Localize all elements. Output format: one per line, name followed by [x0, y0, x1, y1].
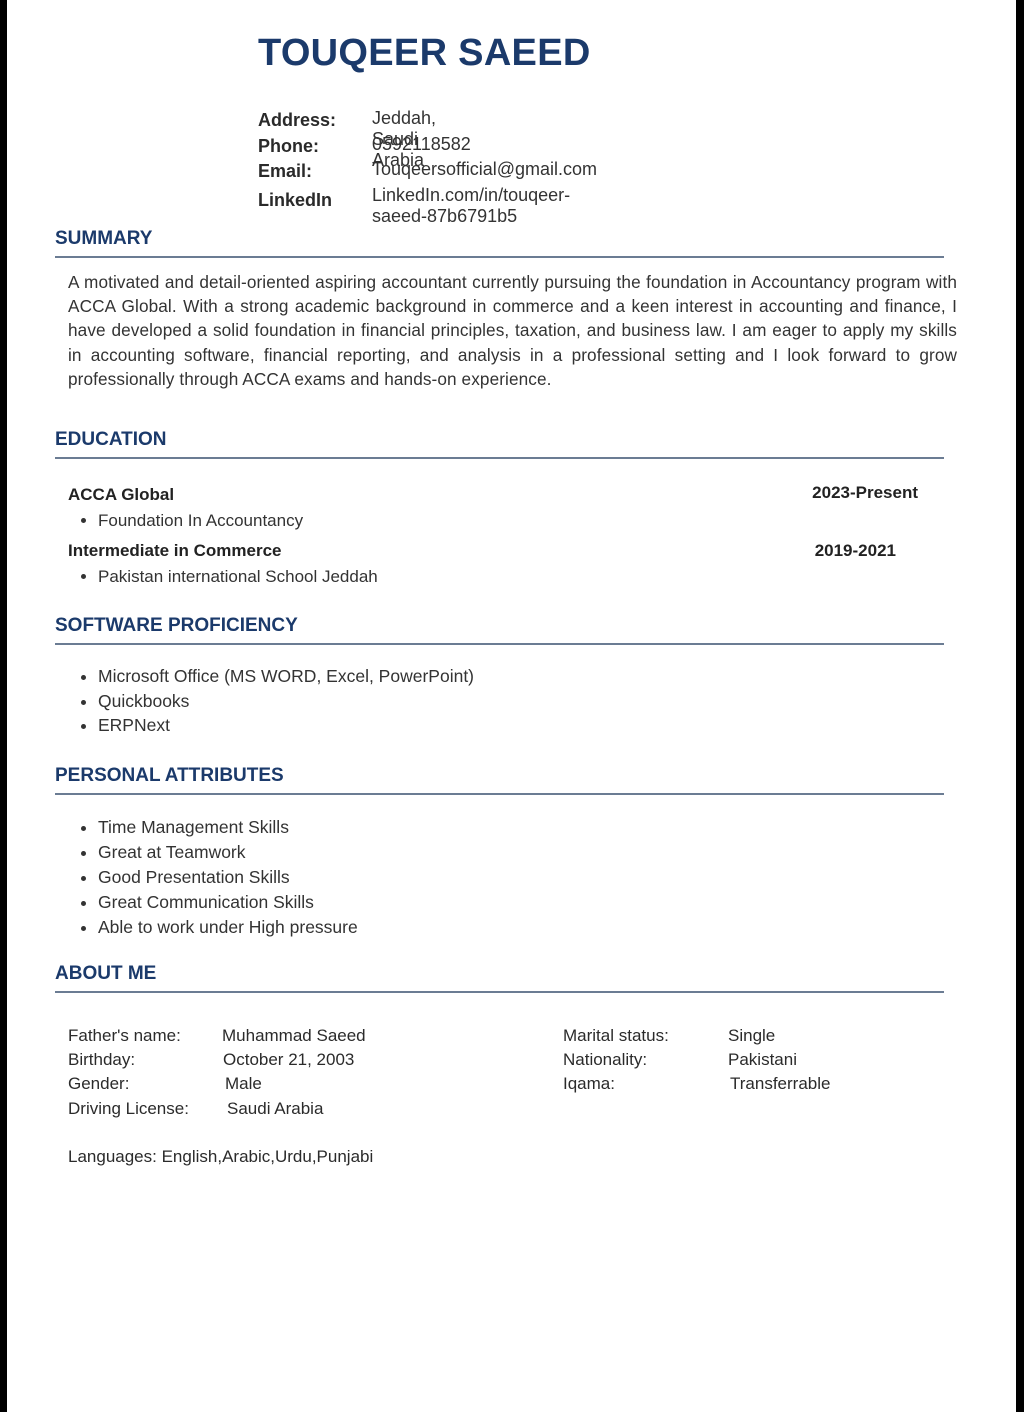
education-date: 2019-2021	[815, 541, 896, 561]
candidate-name: TOUQEER SAEED	[258, 32, 591, 75]
about-value: Single	[728, 1026, 775, 1046]
attributes-list: Time Management Skills Great at Teamwork…	[68, 815, 358, 940]
section-divider	[55, 793, 944, 795]
about-label: Driving License:	[68, 1099, 189, 1119]
software-item: Quickbooks	[98, 689, 474, 714]
about-label: Birthday:	[68, 1050, 135, 1070]
software-item: ERPNext	[98, 713, 474, 738]
section-divider	[55, 991, 944, 993]
section-divider	[55, 643, 944, 645]
education-detail: Foundation In Accountancy	[98, 509, 918, 533]
section-heading-software: SOFTWARE PROFICIENCY	[55, 614, 944, 638]
section-heading-education: EDUCATION	[55, 428, 944, 452]
about-row: Gender: Male	[68, 1074, 398, 1098]
about-left: Father's name: Muhammad Saeed Birthday: …	[68, 1026, 398, 1123]
about-section: ABOUT ME	[55, 962, 944, 993]
about-row: Birthday: October 21, 2003	[68, 1050, 398, 1074]
contact-label: Phone:	[258, 136, 319, 157]
about-row: Marital status: Single	[563, 1026, 893, 1050]
contact-label: LinkedIn	[258, 190, 332, 211]
education-detail: Pakistan international School Jeddah	[98, 565, 918, 589]
about-value: Male	[225, 1074, 262, 1094]
languages: Languages: English,Arabic,Urdu,Punjabi	[68, 1147, 373, 1167]
about-row: Iqama: Transferrable	[563, 1074, 893, 1098]
about-label: Gender:	[68, 1074, 129, 1094]
about-label: Nationality:	[563, 1050, 647, 1070]
education-title: Intermediate in Commerce	[68, 541, 918, 561]
about-row: Nationality: Pakistani	[563, 1050, 893, 1074]
about-right: Marital status: Single Nationality: Paki…	[563, 1026, 893, 1099]
section-heading-attributes: PERSONAL ATTRIBUTES	[55, 764, 944, 788]
attribute-item: Able to work under High pressure	[98, 915, 358, 940]
software-item: Microsoft Office (MS WORD, Excel, PowerP…	[98, 664, 474, 689]
attribute-item: Time Management Skills	[98, 815, 358, 840]
contact-label: Address:	[258, 110, 336, 131]
about-label: Marital status:	[563, 1026, 669, 1046]
section-heading-about: ABOUT ME	[55, 962, 944, 986]
education-entry: ACCA Global 2023-Present Foundation In A…	[68, 485, 918, 533]
contact-label: Email:	[258, 161, 312, 182]
education-title: ACCA Global	[68, 485, 918, 505]
about-value: Pakistani	[728, 1050, 797, 1070]
about-value: Muhammad Saeed	[222, 1026, 366, 1046]
contact-value: 0592118582	[372, 134, 471, 155]
linkedin-link[interactable]: LinkedIn.com/in/touqeer-saeed-87b6791b5	[372, 185, 570, 227]
about-value: October 21, 2003	[223, 1050, 354, 1070]
section-divider	[55, 457, 944, 459]
email-link[interactable]: Touqeersofficial@gmail.com	[372, 159, 597, 180]
education-entry: Intermediate in Commerce 2019-2021 Pakis…	[68, 541, 918, 589]
about-row: Father's name: Muhammad Saeed	[68, 1026, 398, 1050]
education-section: EDUCATION	[55, 428, 944, 459]
about-row: Driving License: Saudi Arabia	[68, 1099, 398, 1123]
section-divider	[55, 256, 944, 258]
attribute-item: Good Presentation Skills	[98, 865, 358, 890]
summary-text: A motivated and detail-oriented aspiring…	[68, 270, 957, 391]
section-heading-summary: SUMMARY	[55, 227, 944, 251]
resume-page: TOUQEER SAEED Address: Jeddah, Saudi Ara…	[7, 0, 1016, 1412]
about-label: Father's name:	[68, 1026, 181, 1046]
education-date: 2023-Present	[812, 483, 918, 503]
summary-section: SUMMARY	[55, 227, 944, 258]
about-value: Saudi Arabia	[227, 1099, 323, 1119]
about-label: Iqama:	[563, 1074, 615, 1094]
attributes-section: PERSONAL ATTRIBUTES	[55, 764, 944, 795]
about-value: Transferrable	[730, 1074, 830, 1094]
software-list: Microsoft Office (MS WORD, Excel, PowerP…	[68, 664, 474, 738]
software-section: SOFTWARE PROFICIENCY	[55, 614, 944, 645]
attribute-item: Great Communication Skills	[98, 890, 358, 915]
attribute-item: Great at Teamwork	[98, 840, 358, 865]
